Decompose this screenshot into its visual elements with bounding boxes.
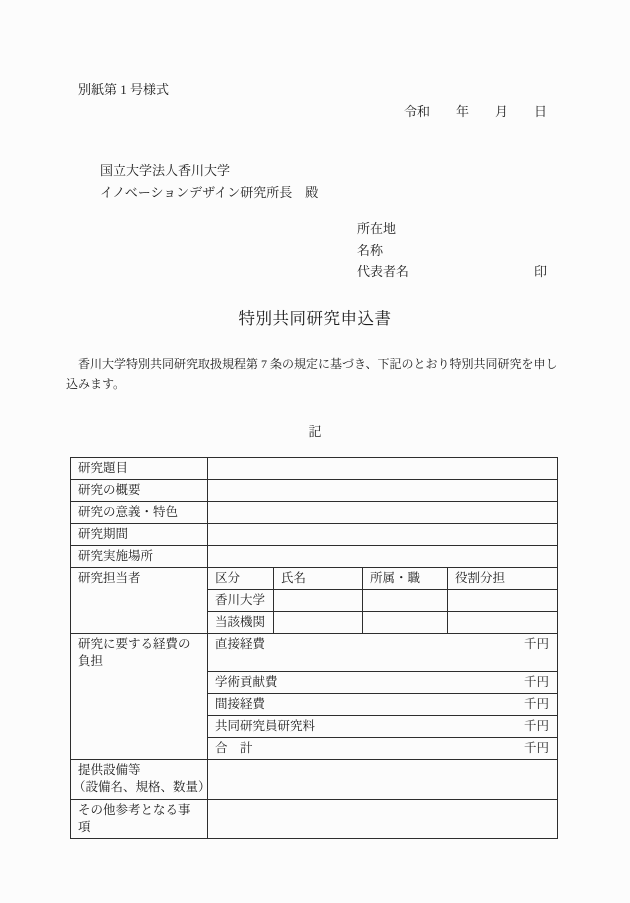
applicant-representative-row: 代表者名 印 [357,261,547,283]
application-form-page: 別紙第 1 号様式 令和 年 月 日 国立大学法人香川大学 イノベーションデザイ… [0,0,630,903]
total-unit: 千円 [524,740,550,757]
staff-institution-affiliation-field [363,612,448,634]
form-number: 別紙第 1 号様式 [78,79,169,98]
direct-expense-unit: 千円 [524,636,550,653]
researcher-fee-line: 共同研究員研究料 千円 [215,718,550,735]
addressee-director: イノベーションデザイン研究所長 殿 [100,182,318,204]
row-label-research-location: 研究実施場所 [71,546,208,568]
staff-kagawa-affiliation-field [363,590,448,612]
total-cell: 合 計 千円 [208,738,558,760]
staff-kagawa-role-field [448,590,558,612]
table-row-direct-expense: 研究に要する経費の負担 直接経費 千円 [71,634,558,672]
applicant-name-label: 名称 [357,240,547,262]
research-summary-field [208,480,558,502]
academic-contribution-label: 学術貢献費 [215,674,278,691]
document-title: 特別共同研究申込書 [0,305,630,329]
table-row-research-period: 研究期間 [71,524,558,546]
researcher-fee-unit: 千円 [524,718,550,735]
significance-field [208,502,558,524]
direct-expense-cell: 直接経費 千円 [208,634,558,672]
date-line: 令和 年 月 日 [0,101,547,120]
direct-expense-line: 直接経費 千円 [215,636,550,653]
table-row-research-location: 研究実施場所 [71,546,558,568]
row-label-staff: 研究担当者 [71,568,208,634]
research-period-field [208,524,558,546]
staff-institution-role-field [448,612,558,634]
indirect-expense-label: 間接経費 [215,696,265,713]
research-location-field [208,546,558,568]
equipment-label-line2: （設備名、規格、数量） [73,779,200,796]
staff-kagawa-label: 香川大学 [208,590,274,612]
row-label-significance: 研究の意義・特色 [71,502,208,524]
academic-contribution-unit: 千円 [524,674,550,691]
researcher-fee-cell: 共同研究員研究料 千円 [208,716,558,738]
table-row-staff-header: 研究担当者 区分 氏名 所属・職 役割分担 [71,568,558,590]
researcher-fee-label: 共同研究員研究料 [215,718,315,735]
row-label-other: その他参考となる事項 [71,800,208,839]
seal-mark: 印 [534,261,547,283]
row-label-research-title: 研究題目 [71,458,208,480]
table-row-research-summary: 研究の概要 [71,480,558,502]
body-paragraph: 香川大学特別共同研究取扱規程第 7 条の規定に基づき、下記のとおり特別共同研究を… [66,354,560,394]
addressee-block: 国立大学法人香川大学 イノベーションデザイン研究所長 殿 [100,160,318,204]
table-row-equipment: 提供設備等 （設備名、規格、数量） [71,760,558,800]
equipment-label-line1: 提供設備等 [78,762,200,779]
academic-contribution-cell: 学術貢献費 千円 [208,672,558,694]
table-row-significance: 研究の意義・特色 [71,502,558,524]
addressee-university: 国立大学法人香川大学 [100,160,318,182]
indirect-expense-cell: 間接経費 千円 [208,694,558,716]
table-row-research-title: 研究題目 [71,458,558,480]
academic-contribution-line: 学術貢献費 千円 [215,674,550,691]
table-row-other: その他参考となる事項 [71,800,558,839]
indirect-expense-unit: 千円 [524,696,550,713]
row-label-research-summary: 研究の概要 [71,480,208,502]
row-label-equipment: 提供設備等 （設備名、規格、数量） [71,760,208,800]
equipment-field [208,760,558,800]
other-field [208,800,558,839]
row-label-expenses: 研究に要する経費の負担 [71,634,208,760]
applicant-location-label: 所在地 [357,218,547,240]
total-line: 合 計 千円 [215,740,550,757]
research-title-field [208,458,558,480]
indirect-expense-line: 間接経費 千円 [215,696,550,713]
row-label-research-period: 研究期間 [71,524,208,546]
application-table: 研究題目 研究の概要 研究の意義・特色 研究期間 研究実施場所 研究担当者 [70,457,558,839]
staff-col-name: 氏名 [274,568,363,590]
staff-kagawa-name-field [274,590,363,612]
staff-institution-label: 当該機関 [208,612,274,634]
staff-col-role: 役割分担 [448,568,558,590]
applicant-representative-label: 代表者名 [357,261,409,283]
record-mark: 記 [0,421,630,440]
applicant-block: 所在地 名称 代表者名 印 [357,218,547,283]
total-label: 合 計 [215,740,253,757]
staff-col-category: 区分 [208,568,274,590]
staff-col-affiliation: 所属・職 [363,568,448,590]
staff-institution-name-field [274,612,363,634]
direct-expense-label: 直接経費 [215,636,265,653]
